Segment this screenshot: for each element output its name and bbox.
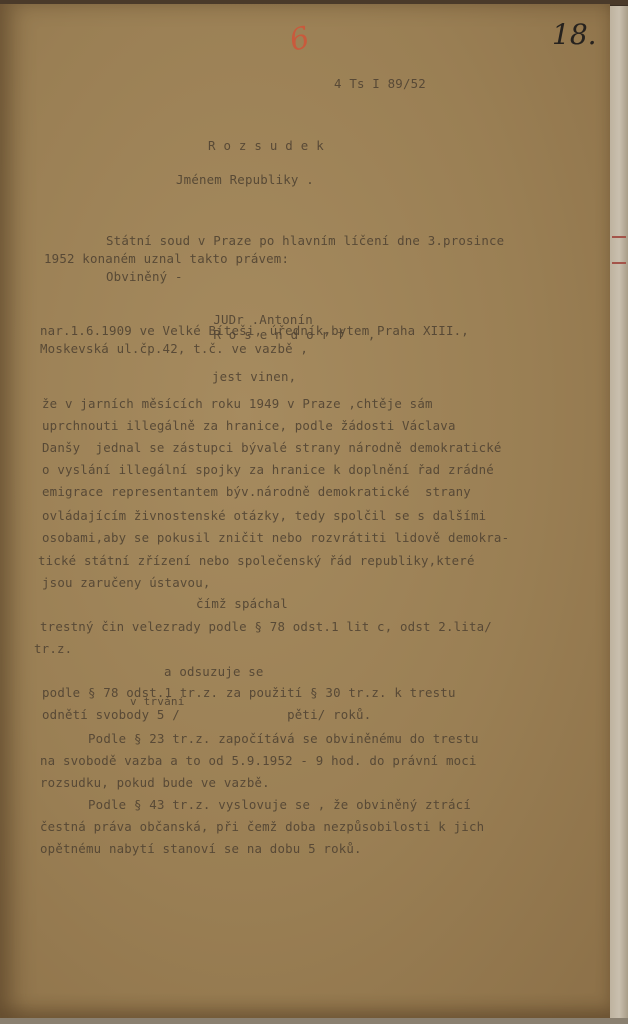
text-line: Moskevská ul.čp.42, t.č. ve vazbě ,: [40, 341, 308, 356]
text-line: o vyslání illegální spojky za hranice k …: [42, 462, 494, 477]
document-subtitle: Jménem Republiky .: [176, 172, 314, 187]
document-title: Rozsudek: [208, 138, 332, 153]
text-line: tr.z.: [34, 641, 72, 656]
text-line: jsou zaručeny ústavou,: [42, 575, 211, 590]
text-line: že v jarních měsících roku 1949 v Praze …: [42, 396, 433, 411]
text-line: opětnému nabytí stanoví se na dobu 5 rok…: [40, 841, 362, 856]
underlying-sheet-red-mark: [612, 236, 626, 264]
text-line: podle § 78 odst.1 tr.z. za použití § 30 …: [42, 685, 456, 700]
text-line: Obviněný -: [106, 269, 183, 284]
text-line: tické státní zřízení nebo společenský řá…: [38, 553, 475, 568]
text-line: rozsudku, pokud bude ve vazbě.: [40, 775, 270, 790]
text-line: 1952 konaném uznal takto právem:: [44, 251, 289, 266]
text-line: odnětí svobody 5 / pěti/ roků.: [42, 707, 371, 722]
text-line: čestná práva občanská, při čemž doba nez…: [40, 819, 484, 834]
text-line: Státní soud v Praze po hlavním líčení dn…: [106, 233, 504, 248]
scan-bottom-edge: [0, 1018, 628, 1024]
text-line: osobami,aby se pokusil zničit nebo rozvr…: [42, 530, 509, 545]
verdict-heading: jest vinen,: [212, 369, 296, 384]
text-line: Danšy jednal se zástupci bývalé strany n…: [42, 440, 502, 455]
text-line: nar.1.6.1909 ve Velké Bíteši, úředník,by…: [40, 323, 469, 338]
text-line: na svobodě vazba a to od 5.9.1952 - 9 ho…: [40, 753, 477, 768]
text-line: trestný čin velezrady podle § 78 odst.1 …: [40, 619, 492, 634]
sentence-heading: a odsuzuje se: [164, 664, 264, 679]
text-line: ovládajícím živnostenské otázky, tedy sp…: [42, 508, 486, 523]
text-line: emigrace representantem býv.národně demo…: [42, 484, 471, 499]
text-line: Podle § 23 tr.z. započítává se obviněném…: [88, 731, 479, 746]
text-line: čímž spáchal: [196, 596, 288, 611]
text-line: Podle § 43 tr.z. vyslovuje se , že obvin…: [88, 797, 471, 812]
case-number: 4 Ts I 89/52: [334, 76, 426, 91]
folio-number: 18.: [552, 18, 597, 51]
text-line: uprchnouti illegálně za hranice, podle ž…: [42, 418, 456, 433]
